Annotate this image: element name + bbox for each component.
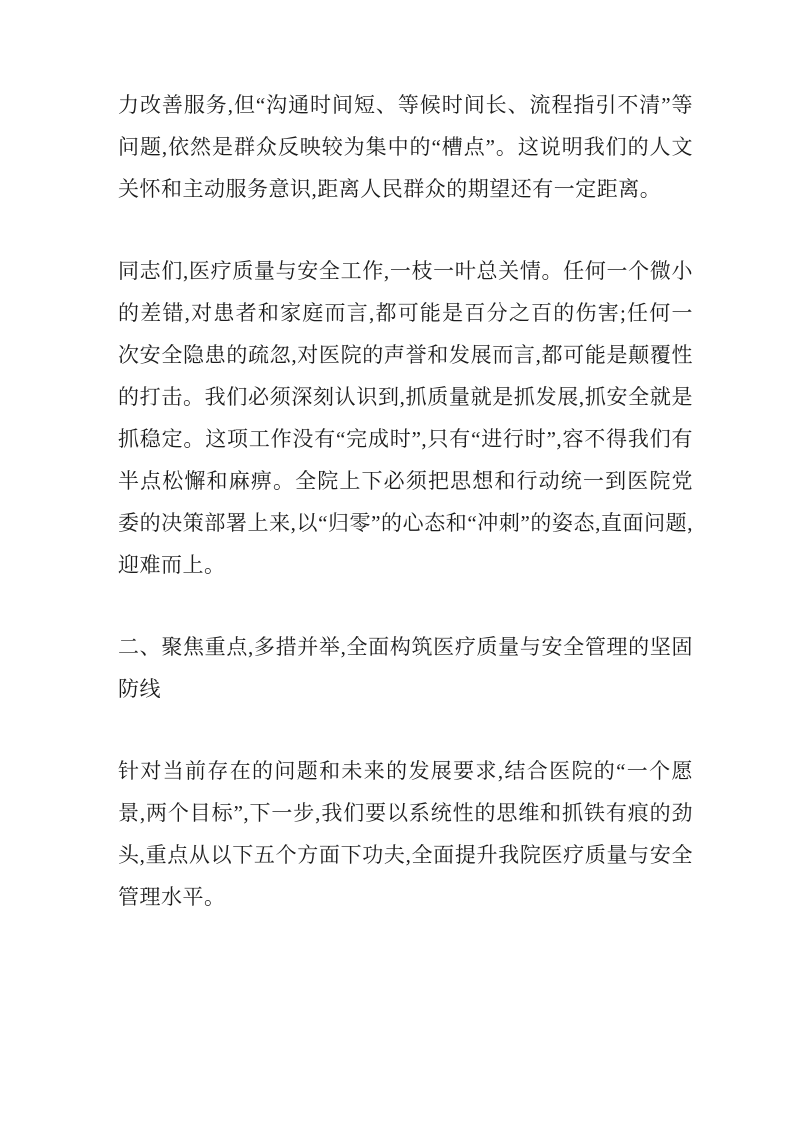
document-page: 力改善服务,但“沟通时间短、等候时间长、流程指引不清”等问题,依然是群众反映较为… bbox=[0, 0, 793, 1122]
body-paragraph-1: 力改善服务,但“沟通时间短、等候时间长、流程指引不清”等问题,依然是群众反映较为… bbox=[118, 84, 693, 210]
body-paragraph-3: 针对当前存在的问题和未来的发展要求,结合医院的“一个愿景,两个目标”,下一步,我… bbox=[118, 750, 693, 918]
body-paragraph-2: 同志们,医疗质量与安全工作,一枝一叶总关情。任何一个微小的差错,对患者和家庭而言… bbox=[118, 250, 693, 586]
section-heading: 二、聚焦重点,多措并举,全面构筑医疗质量与安全管理的坚固防线 bbox=[118, 626, 693, 710]
